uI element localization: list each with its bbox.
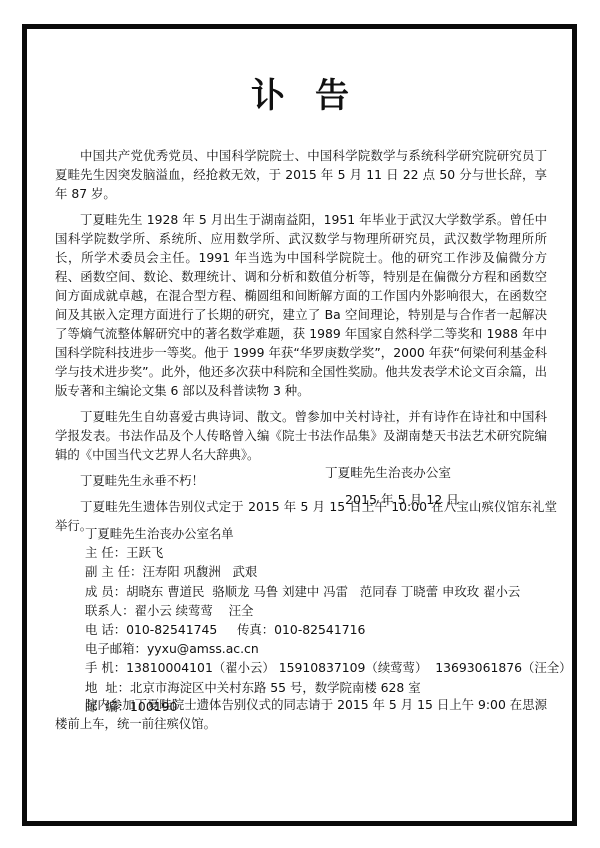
signature-office: 丁夏畦先生治丧办公室 [325,463,451,482]
roster-line-deputy-director: 副 主 任：汪寿阳 巩馥洲 武艰 [85,562,572,581]
roster-line-email: 电子邮箱：yyxu@amss.ac.cn [85,639,572,658]
signature-date: 2015 年 5 月 12 日 [345,490,459,509]
obituary-body: 中国共产党优秀党员、中国科学院院士、中国科学院数学与系统科学研究院研究员丁夏畦先… [55,146,547,542]
roster-line-director: 主 任：王跃飞 [85,543,572,562]
roster-line-address: 地 址：北京市海淀区中关村东路 55 号，数学院南楼 628 室 [85,678,572,697]
paragraph-announcement: 中国共产党优秀党员、中国科学院院士、中国科学院数学与系统科学研究院研究员丁夏畦先… [55,146,547,203]
roster-line-phone-fax: 电 话：010-82541745 传真：010-82541716 [85,620,572,639]
paragraph-literary: 丁夏畦先生自幼喜爱古典诗词、散文。曾参加中关村诗社，并有诗作在诗社和中国科学报发… [55,407,547,464]
transport-notice: 院内参加丁夏畦院士遗体告别仪式的同志请于 2015 年 5 月 15 日上午 9… [55,695,547,733]
paragraph-tribute: 丁夏畦先生永垂不朽！ [55,471,547,490]
paragraph-biography: 丁夏畦先生 1928 年 5 月出生于湖南益阳，1951 年毕业于武汉大学数学系… [55,210,547,400]
roster-line-members: 成 员：胡晓东 曹道民 骆顺龙 马鲁 刘建中 冯雷 范同春 丁晓蕾 申玫玫 翟小… [85,582,572,601]
roster-line-mobile: 手 机：13810004101（翟小云） 15910837109（续莺莺） 13… [85,658,572,677]
roster-heading: 丁夏畦先生治丧办公室名单 [85,524,572,543]
page-title: 讣告 [0,76,600,116]
roster-line-contacts: 联系人：翟小云 续莺莺 汪全 [85,601,572,620]
funeral-committee-roster: 丁夏畦先生治丧办公室名单 主 任：王跃飞 副 主 任：汪寿阳 巩馥洲 武艰 成 … [85,524,572,716]
